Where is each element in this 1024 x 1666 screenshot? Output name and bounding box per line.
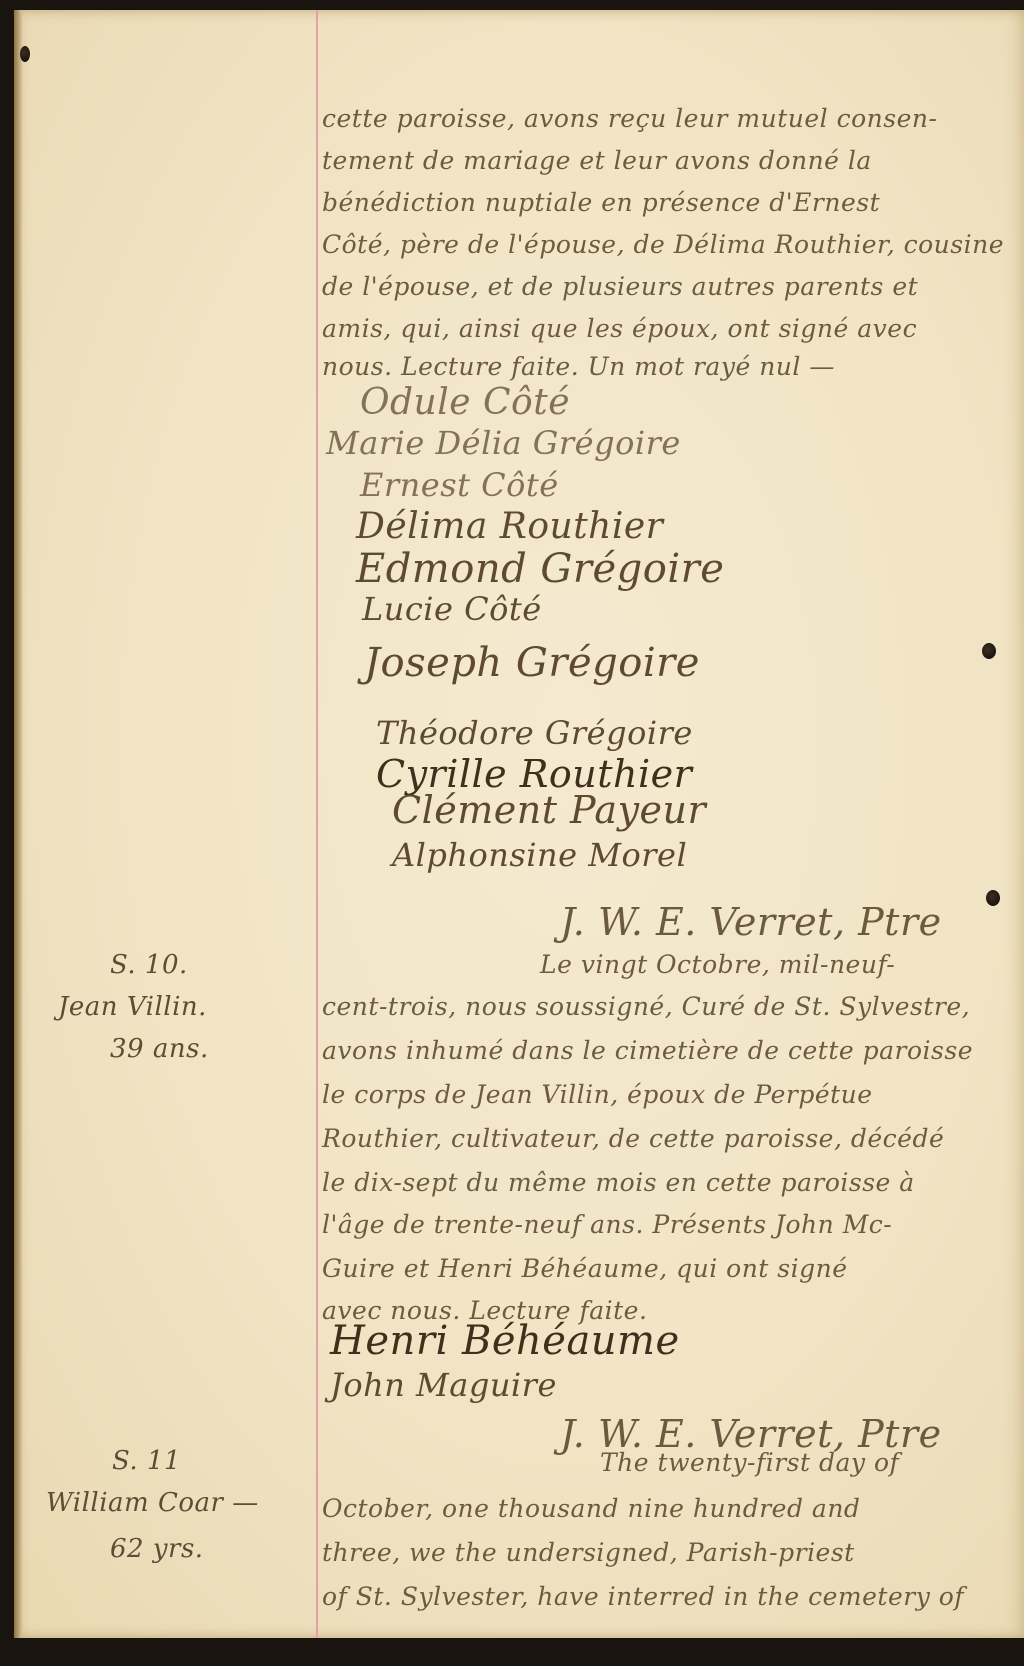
text-line: Le vingt Octobre, mil-neuf- [540, 950, 895, 979]
signature: John Maguire [330, 1366, 557, 1404]
punch-hole-icon [982, 643, 996, 659]
text-line: tement de mariage et leur avons donné la [322, 146, 872, 175]
signature: Edmond Grégoire [356, 546, 724, 592]
signature: Joseph Grégoire [364, 640, 700, 686]
deceased-name: Jean Villin. [58, 992, 207, 1022]
signature: Alphonsine Morel [392, 836, 687, 874]
deceased-age: 62 yrs. [110, 1534, 204, 1564]
text-line: cette paroisse, avons reçu leur mutuel c… [322, 104, 937, 133]
text-line: amis, qui, ainsi que les époux, ont sign… [322, 314, 917, 343]
punch-hole-icon [986, 890, 1000, 906]
text-line: bénédiction nuptiale en présence d'Ernes… [322, 188, 880, 217]
deceased-age: 39 ans. [110, 1034, 209, 1064]
text-line: The twenty-first day of [600, 1448, 899, 1477]
signature: Clément Payeur [392, 788, 706, 832]
signature: Lucie Côté [362, 590, 542, 628]
signature: Henri Béhéaume [330, 1318, 680, 1364]
text-line: le corps de Jean Villin, époux de Perpét… [322, 1080, 873, 1109]
margin-rule-line [316, 10, 318, 1638]
signature: Délima Routhier [356, 506, 663, 547]
text-line: Routhier, cultivateur, de cette paroisse… [322, 1124, 944, 1153]
text-line: cent-trois, nous soussigné, Curé de St. … [322, 992, 970, 1021]
entry-number: S. 10. [110, 950, 188, 980]
priest-signature: J. W. E. Verret, Ptre [560, 900, 942, 944]
text-line: le dix-sept du même mois en cette parois… [322, 1168, 915, 1197]
text-line: October, one thousand nine hundred and [322, 1494, 860, 1523]
signature: Ernest Côté [360, 466, 559, 504]
text-line: l'âge de trente-neuf ans. Présents John … [322, 1210, 892, 1239]
text-line: of St. Sylvester, have interred in the c… [322, 1582, 964, 1611]
entry-number: S. 11 [112, 1446, 181, 1476]
signature: Odule Côté [360, 382, 570, 423]
text-line: Côté, père de l'épouse, de Délima Routhi… [322, 230, 1004, 259]
signature: Théodore Grégoire [376, 714, 693, 752]
text-line: avons inhumé dans le cimetière de cette … [322, 1036, 973, 1065]
text-line: three, we the undersigned, Parish-priest [322, 1538, 855, 1567]
text-line: Guire et Henri Béhéaume, qui ont signé [322, 1254, 848, 1283]
text-line: nous. Lecture faite. Un mot rayé nul — [322, 352, 835, 381]
signature: Marie Délia Grégoire [326, 424, 681, 462]
text-line: de l'épouse, et de plusieurs autres pare… [322, 272, 918, 301]
binding-edge [14, 10, 22, 1638]
punch-hole-icon [20, 46, 30, 62]
deceased-name: William Coar — [46, 1488, 259, 1518]
